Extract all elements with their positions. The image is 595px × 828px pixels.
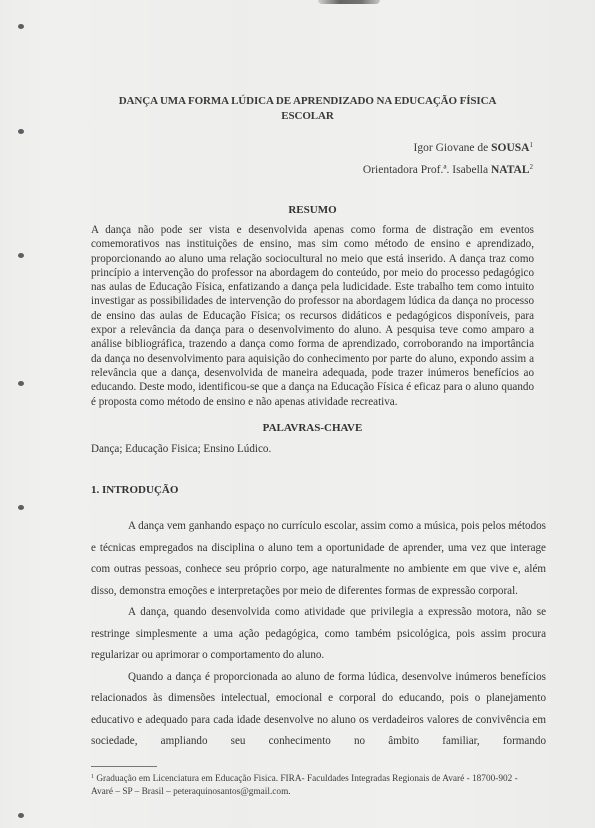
keywords-list: Dança; Educação Fisica; Ensino Lúdico. — [91, 443, 271, 455]
author-surname: SOUSA — [491, 142, 529, 154]
footnote-marker: 1 — [530, 141, 534, 149]
punch-hole-mark — [18, 129, 24, 134]
punch-hole-mark — [18, 253, 24, 258]
paragraph: A dança, quando desenvolvida como ativid… — [91, 602, 546, 667]
advisor-surname: NATAL — [491, 164, 530, 176]
paragraph: A dança vem ganhando espaço no currículo… — [91, 516, 546, 602]
footnote-marker: 2 — [530, 163, 534, 171]
section-heading-introduction: 1. INTRODUÇÃO — [91, 484, 178, 496]
scan-shadow-artifact — [318, 0, 380, 4]
punch-hole-mark — [18, 505, 24, 510]
footnote-text: Graduação em Licenciatura em Educação Fi… — [91, 774, 518, 797]
abstract-body: A dança não pode ser vista e desenvolvid… — [91, 223, 534, 409]
abstract-heading: RESUMO — [0, 204, 595, 216]
punch-hole-mark — [18, 813, 24, 818]
advisor-line: Orientadora Prof.ª. Isabella NATAL2 — [363, 163, 533, 176]
title-line-1: DANÇA UMA FORMA LÚDICA DE APRENDIZADO NA… — [80, 94, 535, 109]
author-line: Igor Giovane de SOUSA1 — [414, 141, 533, 154]
advisor-given-name: Orientadora Prof.ª. Isabella — [363, 164, 491, 176]
author-given-name: Igor Giovane de — [414, 142, 492, 154]
footnote: 1 Graduação em Licenciatura em Educação … — [91, 771, 541, 798]
title-line-2: ESCOLAR — [80, 109, 535, 124]
punch-hole-mark — [18, 381, 24, 386]
introduction-body: A dança vem ganhando espaço no currículo… — [91, 516, 546, 753]
keywords-heading: PALAVRAS-CHAVE — [0, 422, 595, 434]
footnote-separator — [91, 766, 157, 767]
punch-hole-mark — [18, 24, 24, 29]
paragraph: Quando a dança é proporcionada ao aluno … — [91, 667, 546, 753]
document-title: DANÇA UMA FORMA LÚDICA DE APRENDIZADO NA… — [80, 94, 535, 124]
